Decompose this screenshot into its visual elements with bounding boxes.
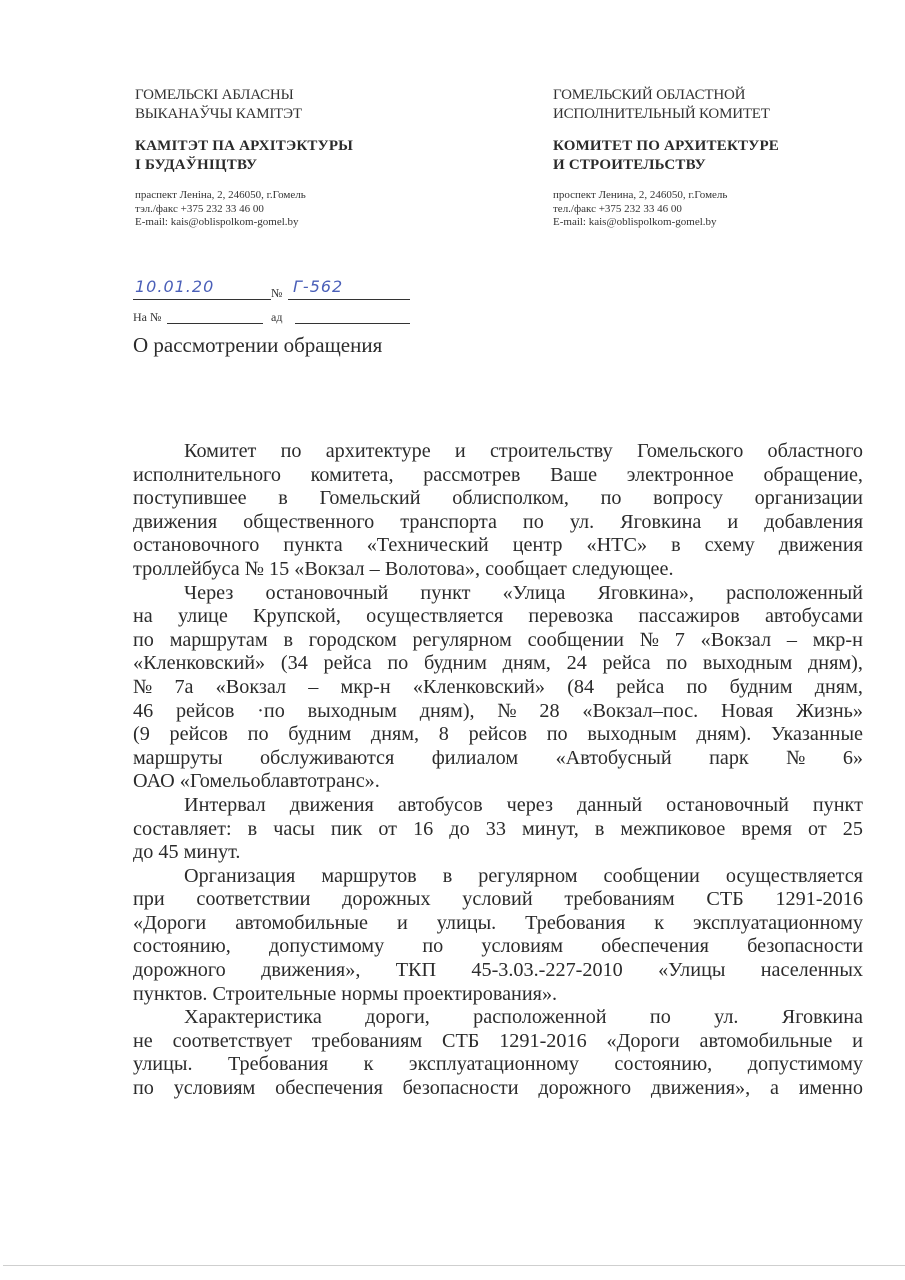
text-line: Организациямаршрутовврегулярномсообщении… xyxy=(133,865,863,889)
reply-number-underline xyxy=(167,323,263,324)
text-line: «Кленковский»(34рейсапобуднимдням,24рейс… xyxy=(133,652,863,676)
paragraph: Черезостановочныйпункт«УлицаЯговкина»,ра… xyxy=(133,582,863,794)
text-line: помаршрутамвгородскомрегулярномсообщении… xyxy=(133,629,863,653)
text-line: 46рейсов·повыходнымдням),№28«Вокзал–пос.… xyxy=(133,700,863,724)
text-line: наулицеКрупской,осуществляетсяперевозкап… xyxy=(133,605,863,629)
reply-to-label: На № xyxy=(133,310,161,325)
department-name-line: І БУДАЎНІЦТВУ xyxy=(135,156,465,175)
text-line: составляет:вчасыпикот16до33минут,вмежпик… xyxy=(133,818,863,842)
reply-date-underline xyxy=(295,323,410,324)
letterhead-russian: ГОМЕЛЬСКИЙ ОБЛАСТНОЙ ИСПОЛНИТЕЛЬНЫЙ КОМИ… xyxy=(553,86,873,230)
incoming-reference-row: На № ад xyxy=(133,304,423,328)
letter-subject: О рассмотрении обращения xyxy=(133,333,382,358)
text-line: ОАО «Гомельоблавтотранс». xyxy=(133,770,863,794)
org-name-line: ВЫКАНАЎЧЫ КАМІТЭТ xyxy=(135,105,465,124)
number-label: № xyxy=(271,286,282,301)
address: праспект Леніна, 2, 246050, г.Гомель xyxy=(135,189,465,203)
email: E-mail: kais@oblispolkom-gomel.by xyxy=(553,216,873,230)
date-underline xyxy=(133,299,271,300)
org-name-line: ГОМЕЛЬСКИЙ ОБЛАСТНОЙ xyxy=(553,86,873,105)
text-line: присоответствиидорожныхусловийтребования… xyxy=(133,888,863,912)
reply-from-label: ад xyxy=(271,310,282,325)
phone-fax: тел./факс +375 232 33 46 00 xyxy=(553,203,873,217)
page-bottom-edge xyxy=(3,1265,905,1266)
phone-fax: тэл./факс +375 232 33 46 00 xyxy=(135,203,465,217)
text-line: состоянию,допустимомупоусловиямобеспечен… xyxy=(133,935,863,959)
number-handwritten: Г-562 xyxy=(293,277,343,296)
text-line: Интервалдвиженияавтобусовчерезданныйоста… xyxy=(133,794,863,818)
text-line: дорожногодвижения»,ТКП45-3.03.-227-2010«… xyxy=(133,959,863,983)
text-line: Черезостановочныйпункт«УлицаЯговкина»,ра… xyxy=(133,582,863,606)
text-line: КомитетпоархитектуреистроительствуГомель… xyxy=(133,440,863,464)
outgoing-registration-row: 10.01.20 № Г-562 xyxy=(133,280,423,304)
department-name: КОМИТЕТ ПО АРХИТЕКТУРЕ И СТРОИТЕЛЬСТВУ xyxy=(553,137,873,175)
address: проспект Ленина, 2, 246050, г.Гомель xyxy=(553,189,873,203)
paragraph: Характеристикадороги,расположеннойпоул.Я… xyxy=(133,1006,863,1100)
text-line: «Дорогиавтомобильныеиулицы.Требованиякэк… xyxy=(133,912,863,936)
org-name-line: ГОМЕЛЬСКІ АБЛАСНЫ xyxy=(135,86,465,105)
contact-block: проспект Ленина, 2, 246050, г.Гомель тел… xyxy=(553,189,873,230)
text-line: троллейбуса № 15 «Вокзал – Волотова», со… xyxy=(133,558,863,582)
date-handwritten: 10.01.20 xyxy=(135,277,214,296)
text-line: №7а«Вокзал–мкр-н«Кленковский»(84рейсапоб… xyxy=(133,676,863,700)
text-line: маршрутыобслуживаютсяфилиалом«Автобусный… xyxy=(133,747,863,771)
text-line: остановочногопункта«Техническийцентр«НТС… xyxy=(133,534,863,558)
department-name-line: КАМІТЭТ ПА АРХІТЭКТУРЫ xyxy=(135,137,465,156)
email: E-mail: kais@oblispolkom-gomel.by xyxy=(135,216,465,230)
text-line: поусловиямобеспечениябезопасностидорожно… xyxy=(133,1077,863,1101)
contact-block: праспект Леніна, 2, 246050, г.Гомель тэл… xyxy=(135,189,465,230)
text-line: исполнительногокомитета,рассмотревВашеэл… xyxy=(133,464,863,488)
org-name-line: ИСПОЛНИТЕЛЬНЫЙ КОМИТЕТ xyxy=(553,105,873,124)
paragraph: КомитетпоархитектуреистроительствуГомель… xyxy=(133,440,863,582)
text-line: пунктов. Строительные нормы проектирован… xyxy=(133,983,863,1007)
text-line: движенияобщественноготранспортапоул.Ягов… xyxy=(133,511,863,535)
registration-block: 10.01.20 № Г-562 На № ад xyxy=(133,280,423,328)
letter-body: КомитетпоархитектуреистроительствуГомель… xyxy=(133,440,863,1101)
text-line: до 45 минут. xyxy=(133,841,863,865)
letterhead-belarusian: ГОМЕЛЬСКІ АБЛАСНЫ ВЫКАНАЎЧЫ КАМІТЭТ КАМІ… xyxy=(135,86,465,230)
text-line: несоответствуеттребованиямСТБ1291-2016«Д… xyxy=(133,1030,863,1054)
text-line: поступившеевГомельскийоблисполком,повопр… xyxy=(133,487,863,511)
number-underline xyxy=(288,299,410,300)
paragraph: Организациямаршрутовврегулярномсообщении… xyxy=(133,865,863,1007)
text-line: улицы.Требованиякэксплуатационномусостоя… xyxy=(133,1053,863,1077)
text-line: (9рейсовпобуднимдням,8рейсовповыходнымдн… xyxy=(133,723,863,747)
department-name: КАМІТЭТ ПА АРХІТЭКТУРЫ І БУДАЎНІЦТВУ xyxy=(135,137,465,175)
text-line: Характеристикадороги,расположеннойпоул.Я… xyxy=(133,1006,863,1030)
paragraph: Интервалдвиженияавтобусовчерезданныйоста… xyxy=(133,794,863,865)
department-name-line: КОМИТЕТ ПО АРХИТЕКТУРЕ xyxy=(553,137,873,156)
department-name-line: И СТРОИТЕЛЬСТВУ xyxy=(553,156,873,175)
